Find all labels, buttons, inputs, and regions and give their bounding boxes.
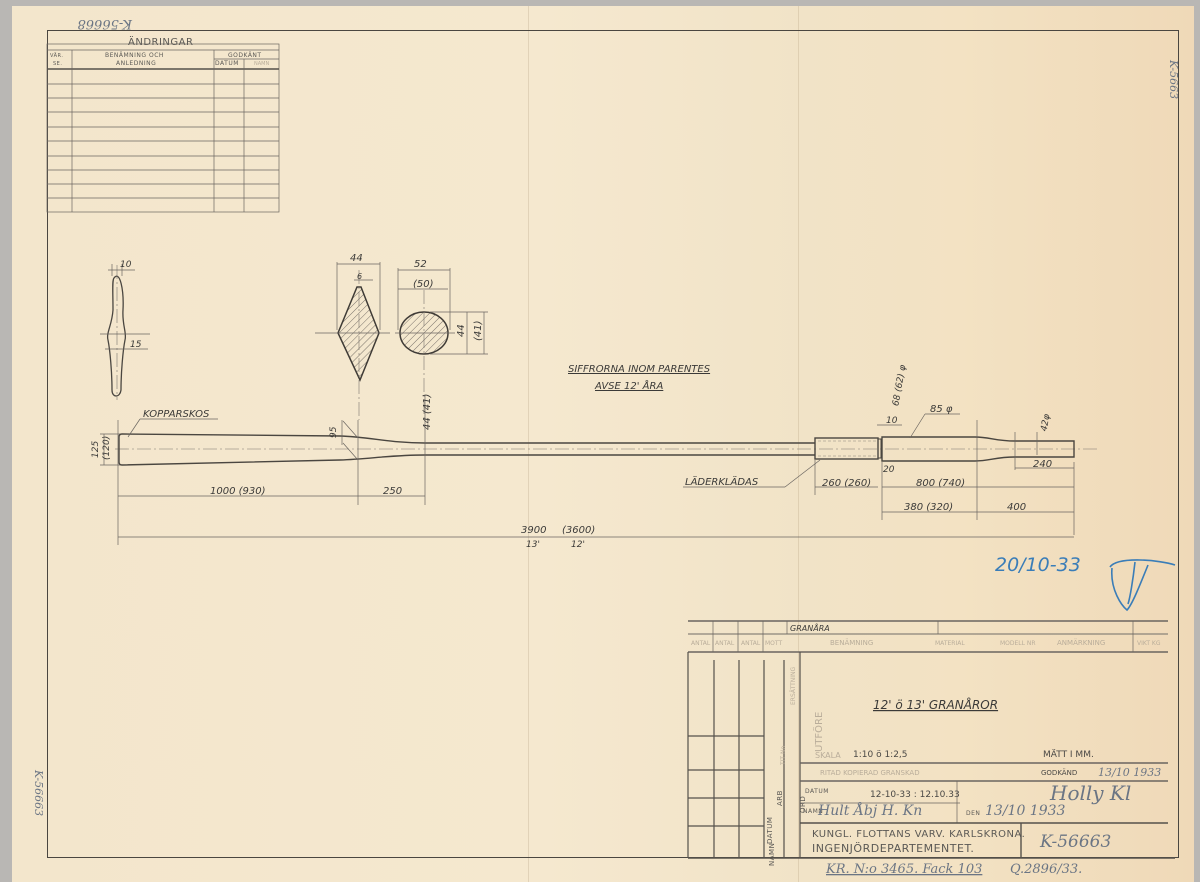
svg-text:12': 12'	[571, 540, 585, 550]
approver-signature: Holly Kl	[1049, 781, 1131, 805]
oar-elevation: 95 44 (41) 125 (120) KOPPARSKOS 1000 (93…	[91, 364, 1100, 550]
registration-note: Q.2896/33.	[1010, 862, 1082, 877]
org-name: KUNGL. FLOTTANS VARV. KARLSKRONA.	[812, 829, 1025, 840]
section-blade-edge: 10 15	[100, 260, 150, 400]
approval-date: 13/10 1933	[985, 803, 1066, 819]
svg-text:BENÄMNING: BENÄMNING	[830, 638, 873, 647]
svg-text:240: 240	[1033, 459, 1052, 470]
margin-code-top: K-56668	[77, 16, 133, 31]
svg-text:ANTAL: ANTAL	[741, 640, 761, 647]
margin-code-right: K-5663	[1167, 59, 1180, 99]
svg-text:GODKÄND: GODKÄND	[1041, 768, 1077, 777]
svg-text:DATUM: DATUM	[766, 817, 774, 844]
svg-text:ANTAL: ANTAL	[691, 640, 711, 647]
note-parentheses: SIFFRORNA INOM PARENTES AVSE 12' ÅRA	[568, 364, 711, 392]
part-name: GRANÅRA	[790, 622, 830, 633]
svg-text:800 (740): 800 (740)	[916, 478, 965, 489]
svg-text:15: 15	[130, 340, 142, 350]
svg-text:95: 95	[329, 426, 339, 438]
svg-text:GODKÄNT: GODKÄNT	[228, 52, 262, 59]
svg-text:(120): (120)	[102, 436, 112, 460]
svg-text:ARB: ARB	[776, 790, 784, 806]
svg-text:AVSE 12' ÅRA: AVSE 12' ÅRA	[594, 379, 663, 392]
svg-text:85 φ: 85 φ	[930, 404, 953, 415]
svg-text:(50): (50)	[413, 279, 434, 290]
section-rhombus: 44 6	[315, 253, 390, 420]
svg-text:UTFÖRE: UTFÖRE	[812, 712, 825, 752]
svg-text:BENÄMNING OCH: BENÄMNING OCH	[105, 52, 164, 59]
changes-table: ÄNDRINGAR VÄR. SE. BENÄMNING OCH ANLEDNI…	[47, 35, 279, 212]
technical-drawing: K-56668 K-5663 K-56663 ÄNDRINGAR VÄR. SE…	[0, 0, 1200, 882]
svg-text:52: 52	[414, 259, 427, 270]
svg-text:10: 10	[886, 416, 898, 426]
archive-note: KR. N:o 3465. Fack 103	[825, 862, 982, 877]
svg-text:(3600): (3600)	[562, 525, 595, 536]
svg-text:42φ: 42φ	[1040, 413, 1053, 432]
svg-text:ANMÄRKNING: ANMÄRKNING	[1057, 638, 1105, 647]
svg-text:13/10 1933: 13/10 1933	[1098, 766, 1161, 779]
svg-text:125: 125	[91, 441, 101, 458]
section-oval: 52 (50) 44 (41)	[395, 259, 488, 420]
svg-text:10: 10	[120, 260, 132, 270]
svg-text:260 (260): 260 (260)	[822, 478, 871, 489]
svg-text:MOTT: MOTT	[765, 640, 782, 647]
signatures: Hult Åbj H. Kn	[817, 801, 922, 819]
svg-text:44 (41): 44 (41)	[422, 394, 433, 430]
svg-text:13': 13'	[526, 540, 540, 550]
label-laderkladas: LÄDERKLÄDAS	[685, 475, 759, 488]
svg-text:MÄTT I MM.: MÄTT I MM.	[1043, 749, 1094, 760]
svg-text:VIKT KG: VIKT KG	[1137, 640, 1161, 647]
svg-text:DEN: DEN	[966, 810, 980, 817]
svg-text:12-10-33 : 12.10.33: 12-10-33 : 12.10.33	[870, 790, 960, 800]
svg-text:20: 20	[883, 465, 895, 475]
svg-text:MODELL NR: MODELL NR	[1000, 640, 1036, 647]
svg-text:44: 44	[350, 253, 363, 264]
svg-text:380 (320): 380 (320)	[904, 502, 953, 513]
svg-text:ANLEDNING: ANLEDNING	[116, 60, 156, 67]
svg-text:NAMN: NAMN	[254, 61, 269, 67]
svg-text:RITAD KOPIERAD GRANSKAD: RITAD KOPIERAD GRANSKAD	[820, 769, 920, 777]
svg-text:SE.: SE.	[53, 61, 62, 67]
title-block: GRANÅRA ANTAL ANTAL ANTAL MOTT BENÄMNING…	[688, 621, 1175, 877]
drawing-number: K-56663	[1039, 832, 1111, 852]
svg-text:SKALA: SKALA	[815, 751, 841, 760]
svg-text:20/10-33: 20/10-33	[995, 554, 1081, 576]
svg-text:DATUM: DATUM	[215, 60, 239, 67]
svg-text:250: 250	[383, 486, 402, 497]
changes-table-title: ÄNDRINGAR	[128, 35, 193, 48]
drawing-title: 12' ö 13' GRANÅROR	[873, 697, 998, 712]
svg-text:VÄR.: VÄR.	[50, 52, 63, 59]
label-kopparskos: KOPPARSKOS	[143, 409, 210, 420]
svg-text:68 (62) φ: 68 (62) φ	[891, 364, 908, 407]
svg-text:ANTAL: ANTAL	[715, 640, 735, 647]
scale-value: 1:10 ö 1:2,5	[853, 750, 908, 760]
svg-text:TIT No: TIT No	[780, 746, 787, 766]
svg-text:400: 400	[1007, 502, 1026, 513]
org-department: INGENJÖRDEPARTEMENTET.	[812, 842, 974, 855]
blue-date-annotation: 20/10-33	[995, 554, 1175, 610]
svg-text:3900: 3900	[521, 525, 546, 536]
svg-text:(41): (41)	[473, 320, 484, 341]
svg-text:SIFFRORNA INOM PARENTES: SIFFRORNA INOM PARENTES	[568, 364, 711, 375]
svg-text:1000 (930): 1000 (930)	[210, 486, 266, 497]
svg-text:44: 44	[456, 324, 467, 337]
svg-text:NAMN: NAMN	[768, 843, 776, 866]
svg-text:ERSÄTTNING: ERSÄTTNING	[790, 667, 797, 705]
svg-text:6: 6	[357, 272, 362, 281]
margin-code-bottom: K-56663	[32, 769, 45, 816]
svg-text:MATERIAL: MATERIAL	[935, 640, 965, 647]
svg-text:DATUM: DATUM	[805, 788, 829, 795]
